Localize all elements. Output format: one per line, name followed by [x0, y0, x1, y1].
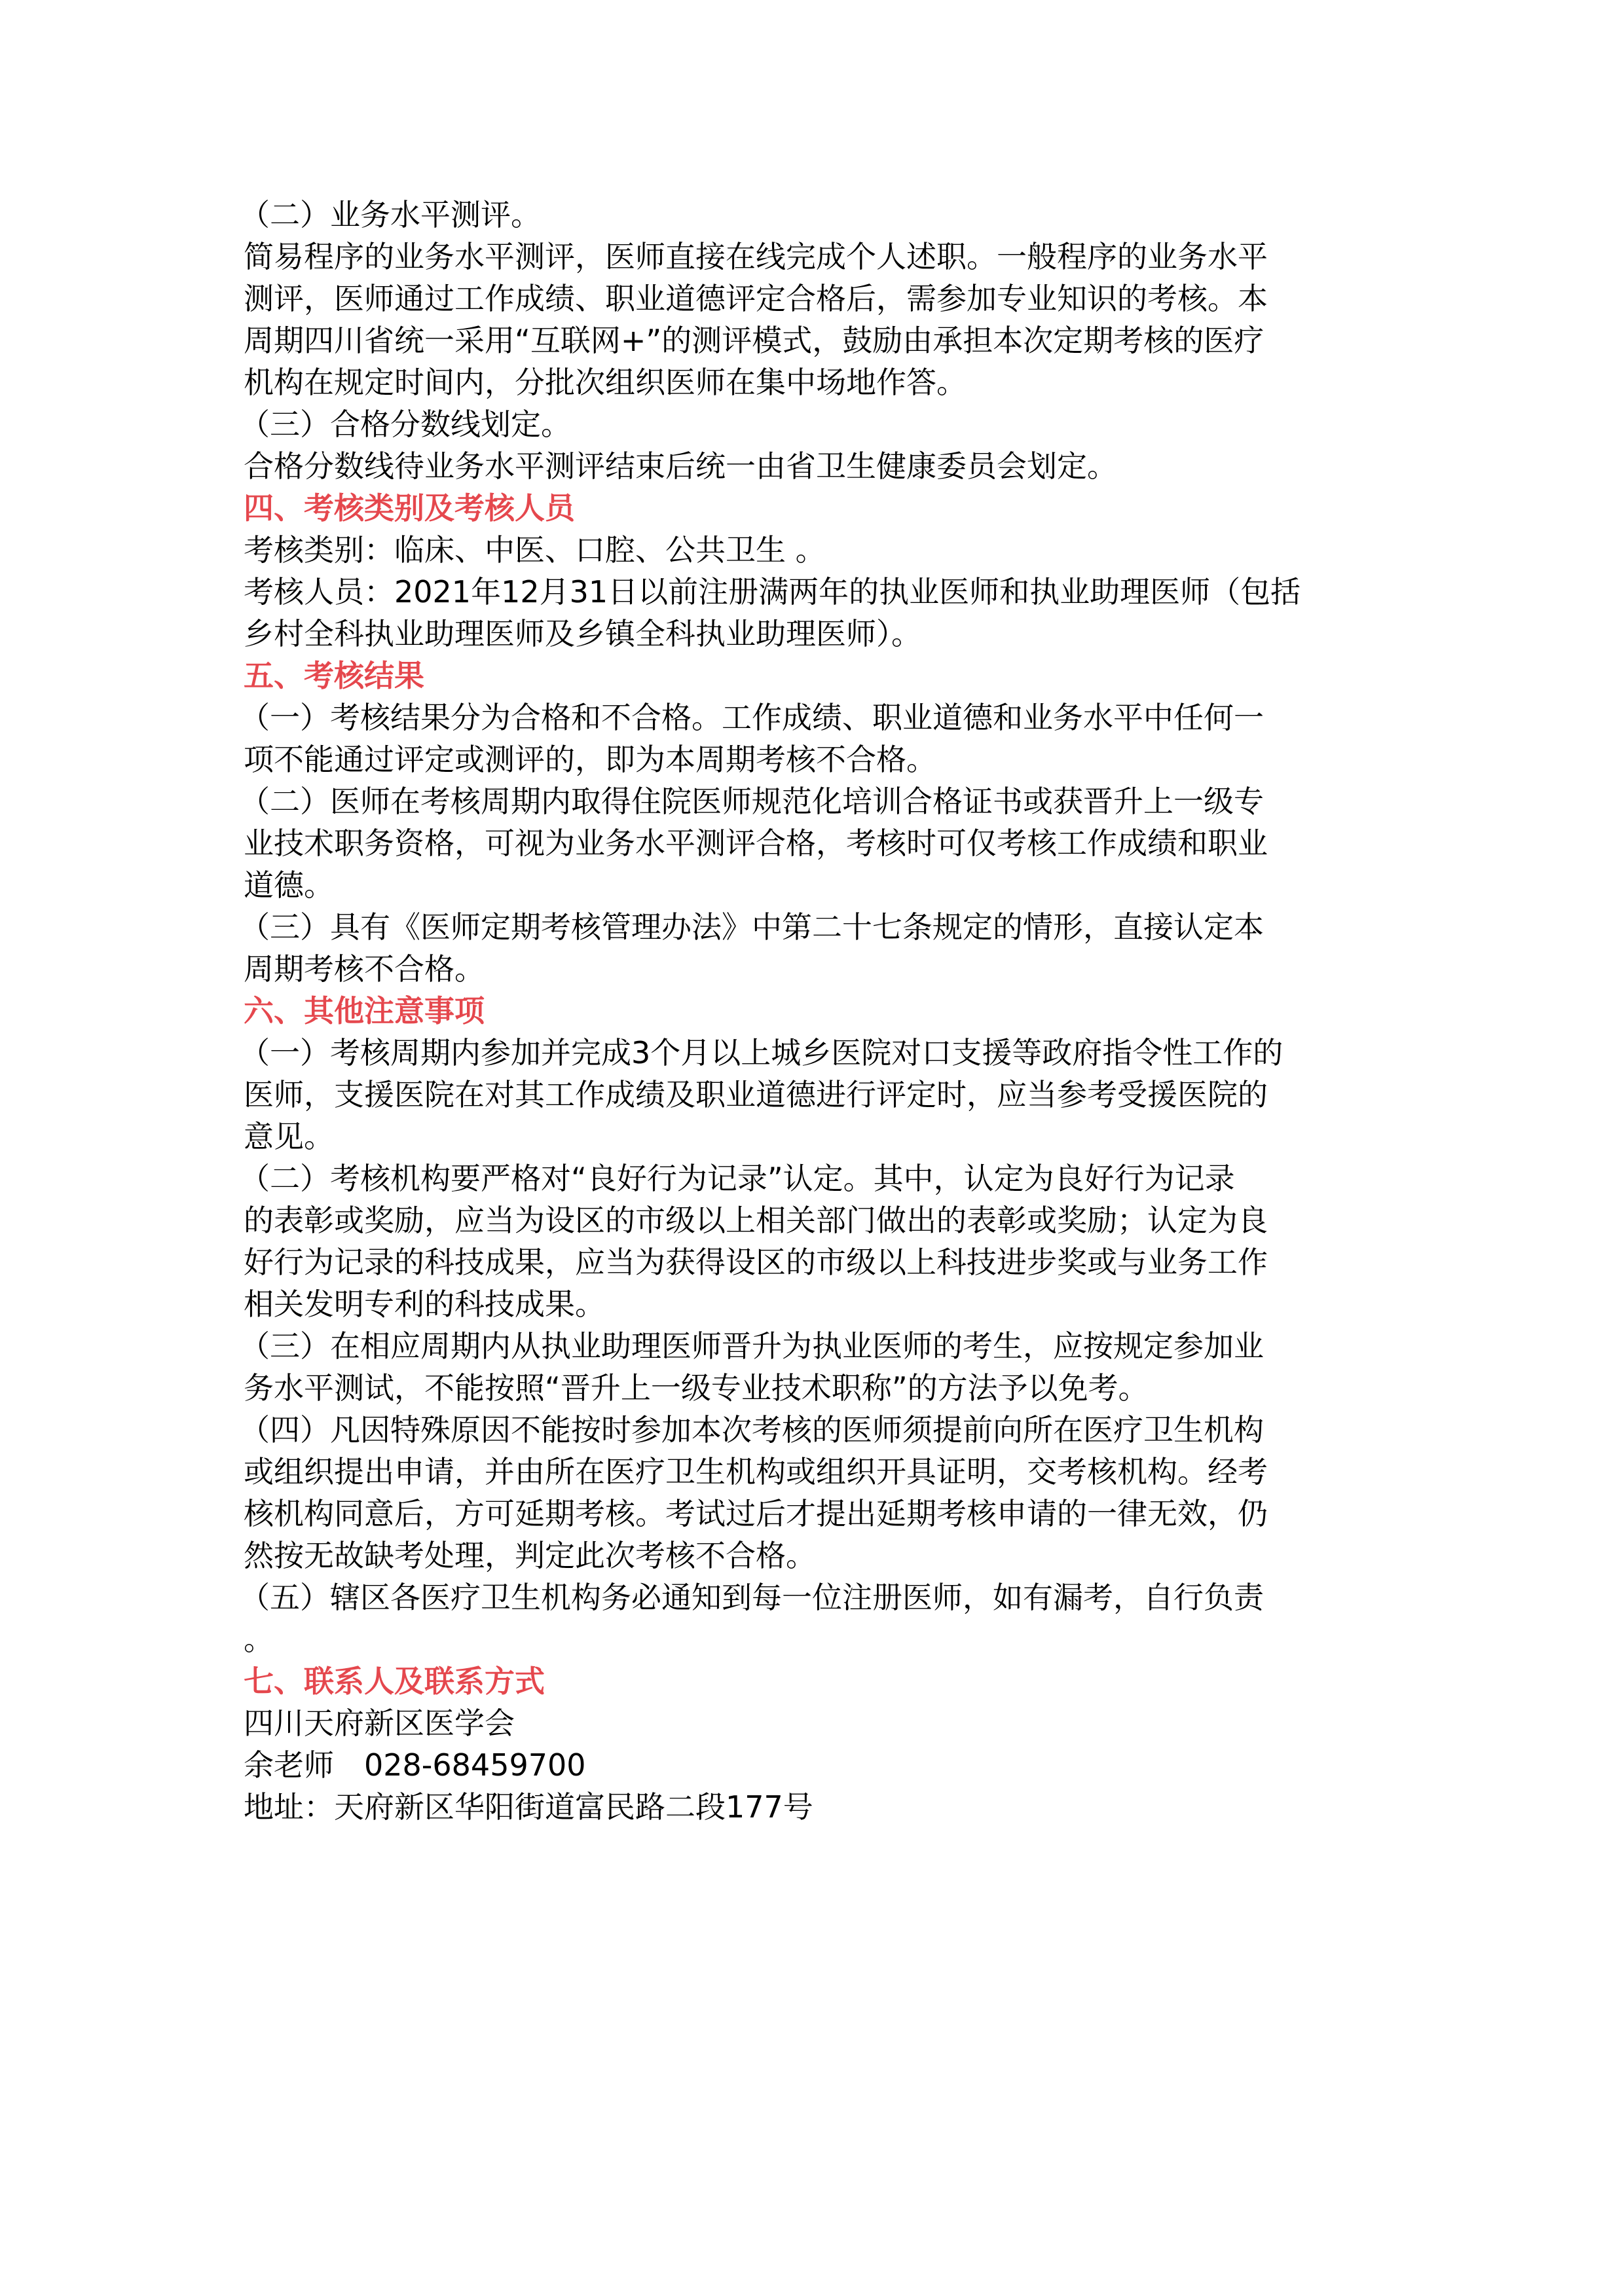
text-line: （三）具有《医师定期考核管理办法》中第二十七条规定的情形，直接认定本: [240, 906, 1409, 948]
contact-person-phone: 余老师 028-68459700: [244, 1744, 1409, 1786]
text-line: 简易程序的业务水平测评，医师直接在线完成个人述职。一般程序的业务水平: [244, 236, 1409, 278]
text-line: （三）在相应周期内从执业助理医师晋升为执业医师的考生，应按规定参加业: [240, 1325, 1409, 1367]
section-heading: 六、其他注意事项: [244, 990, 1409, 1032]
paragraph-personnel: 考核人员：2021年12月31日以前注册满两年的执业医师和执业助理医师（包括 乡…: [244, 571, 1409, 655]
paragraph-note-3: （三）在相应周期内从执业助理医师晋升为执业医师的考生，应按规定参加业 务水平测试…: [244, 1325, 1409, 1409]
text-line: 然按无故缺考处理，判定此次考核不合格。: [244, 1535, 1409, 1576]
text-line: 项不能通过评定或测评的，即为本周期考核不合格。: [244, 738, 1409, 780]
text-line: 余老师 028-68459700: [244, 1744, 1409, 1786]
text-line: 地址：天府新区华阳街道富民路二段177号: [244, 1786, 1409, 1828]
text-line: 核机构同意后，方可延期考核。考试过后才提出延期考核申请的一律无效，仍: [244, 1493, 1409, 1535]
text-line: 四川天府新区医学会: [244, 1702, 1409, 1744]
text-line: （三）合格分数线划定。: [240, 403, 1409, 445]
text-line: 合格分数线待业务水平测评结束后统一由省卫生健康委员会划定。: [244, 445, 1409, 487]
heading-section-5: 五、考核结果: [244, 655, 1409, 697]
text-line: 业技术职务资格，可视为业务水平测评合格，考核时可仅考核工作成绩和职业: [244, 822, 1409, 864]
text-line: 乡村全科执业助理医师及乡镇全科执业助理医师）。: [244, 613, 1409, 655]
text-line: 考核类别：临床、中医、口腔、公共卫生 。: [244, 529, 1409, 571]
paragraph-passing-score: 合格分数线待业务水平测评结束后统一由省卫生健康委员会划定。: [244, 445, 1409, 487]
text-line: 医师，支援医院在对其工作成绩及职业道德进行评定时，应当参考受援医院的: [244, 1074, 1409, 1116]
paragraph-assessment-procedure: 简易程序的业务水平测评，医师直接在线完成个人述职。一般程序的业务水平 测评，医师…: [244, 236, 1409, 403]
subheading-business-assessment: （二）业务水平测评。: [244, 194, 1409, 236]
paragraph-result-1: （一）考核结果分为合格和不合格。工作成绩、职业道德和业务水平中任何一 项不能通过…: [244, 697, 1409, 780]
contact-organization: 四川天府新区医学会: [244, 1702, 1409, 1744]
paragraph-note-5: （五）辖区各医疗卫生机构务必通知到每一位注册医师，如有漏考，自行负责 。: [244, 1576, 1409, 1660]
text-line: 意见。: [244, 1116, 1409, 1157]
section-heading: 五、考核结果: [244, 655, 1409, 697]
text-line: （二）业务水平测评。: [240, 194, 1409, 236]
document-page: （二）业务水平测评。 简易程序的业务水平测评，医师直接在线完成个人述职。一般程序…: [244, 194, 1409, 1828]
text-line: （五）辖区各医疗卫生机构务必通知到每一位注册医师，如有漏考，自行负责: [240, 1576, 1409, 1618]
paragraph-note-4: （四）凡因特殊原因不能按时参加本次考核的医师须提前向所在医疗卫生机构 或组织提出…: [244, 1409, 1409, 1576]
text-line: 机构在规定时间内，分批次组织医师在集中场地作答。: [244, 361, 1409, 403]
text-line: （一）考核结果分为合格和不合格。工作成绩、职业道德和业务水平中任何一: [240, 697, 1409, 738]
text-line: 测评，医师通过工作成绩、职业道德评定合格后，需参加专业知识的考核。本: [244, 278, 1409, 319]
text-line: 。: [244, 1618, 1409, 1660]
text-line: 务水平测试，不能按照“晋升上一级专业技术职称”的方法予以免考。: [244, 1367, 1409, 1409]
text-line: （二）考核机构要严格对“良好行为记录”认定。其中，认定为良好行为记录: [240, 1157, 1409, 1199]
paragraph-result-2: （二）医师在考核周期内取得住院医师规范化培训合格证书或获晋升上一级专 业技术职务…: [244, 780, 1409, 906]
subheading-passing-score: （三）合格分数线划定。: [244, 403, 1409, 445]
text-line: （二）医师在考核周期内取得住院医师规范化培训合格证书或获晋升上一级专: [240, 780, 1409, 822]
text-line: （四）凡因特殊原因不能按时参加本次考核的医师须提前向所在医疗卫生机构: [240, 1409, 1409, 1451]
paragraph-note-2: （二）考核机构要严格对“良好行为记录”认定。其中，认定为良好行为记录 的表彰或奖…: [244, 1157, 1409, 1325]
section-heading: 四、考核类别及考核人员: [244, 487, 1409, 529]
text-line: （一）考核周期内参加并完成3个月以上城乡医院对口支援等政府指令性工作的: [240, 1032, 1409, 1074]
heading-section-6: 六、其他注意事项: [244, 990, 1409, 1032]
text-line: 周期考核不合格。: [244, 948, 1409, 990]
paragraph-categories: 考核类别：临床、中医、口腔、公共卫生 。: [244, 529, 1409, 571]
paragraph-note-1: （一）考核周期内参加并完成3个月以上城乡医院对口支援等政府指令性工作的 医师，支…: [244, 1032, 1409, 1157]
heading-section-4: 四、考核类别及考核人员: [244, 487, 1409, 529]
text-line: 考核人员：2021年12月31日以前注册满两年的执业医师和执业助理医师（包括: [244, 571, 1409, 613]
text-line: 周期四川省统一采用“互联网+”的测评模式，鼓励由承担本次定期考核的医疗: [244, 319, 1409, 361]
section-heading: 七、联系人及联系方式: [244, 1660, 1409, 1702]
heading-section-7: 七、联系人及联系方式: [244, 1660, 1409, 1702]
text-line: 相关发明专利的科技成果。: [244, 1283, 1409, 1325]
text-line: 好行为记录的科技成果，应当为获得设区的市级以上科技进步奖或与业务工作: [244, 1241, 1409, 1283]
paragraph-result-3: （三）具有《医师定期考核管理办法》中第二十七条规定的情形，直接认定本 周期考核不…: [244, 906, 1409, 990]
text-line: 的表彰或奖励，应当为设区的市级以上相关部门做出的表彰或奖励；认定为良: [244, 1199, 1409, 1241]
text-line: 或组织提出申请，并由所在医疗卫生机构或组织开具证明，交考核机构。经考: [244, 1451, 1409, 1493]
text-line: 道德。: [244, 864, 1409, 906]
contact-address: 地址：天府新区华阳街道富民路二段177号: [244, 1786, 1409, 1828]
